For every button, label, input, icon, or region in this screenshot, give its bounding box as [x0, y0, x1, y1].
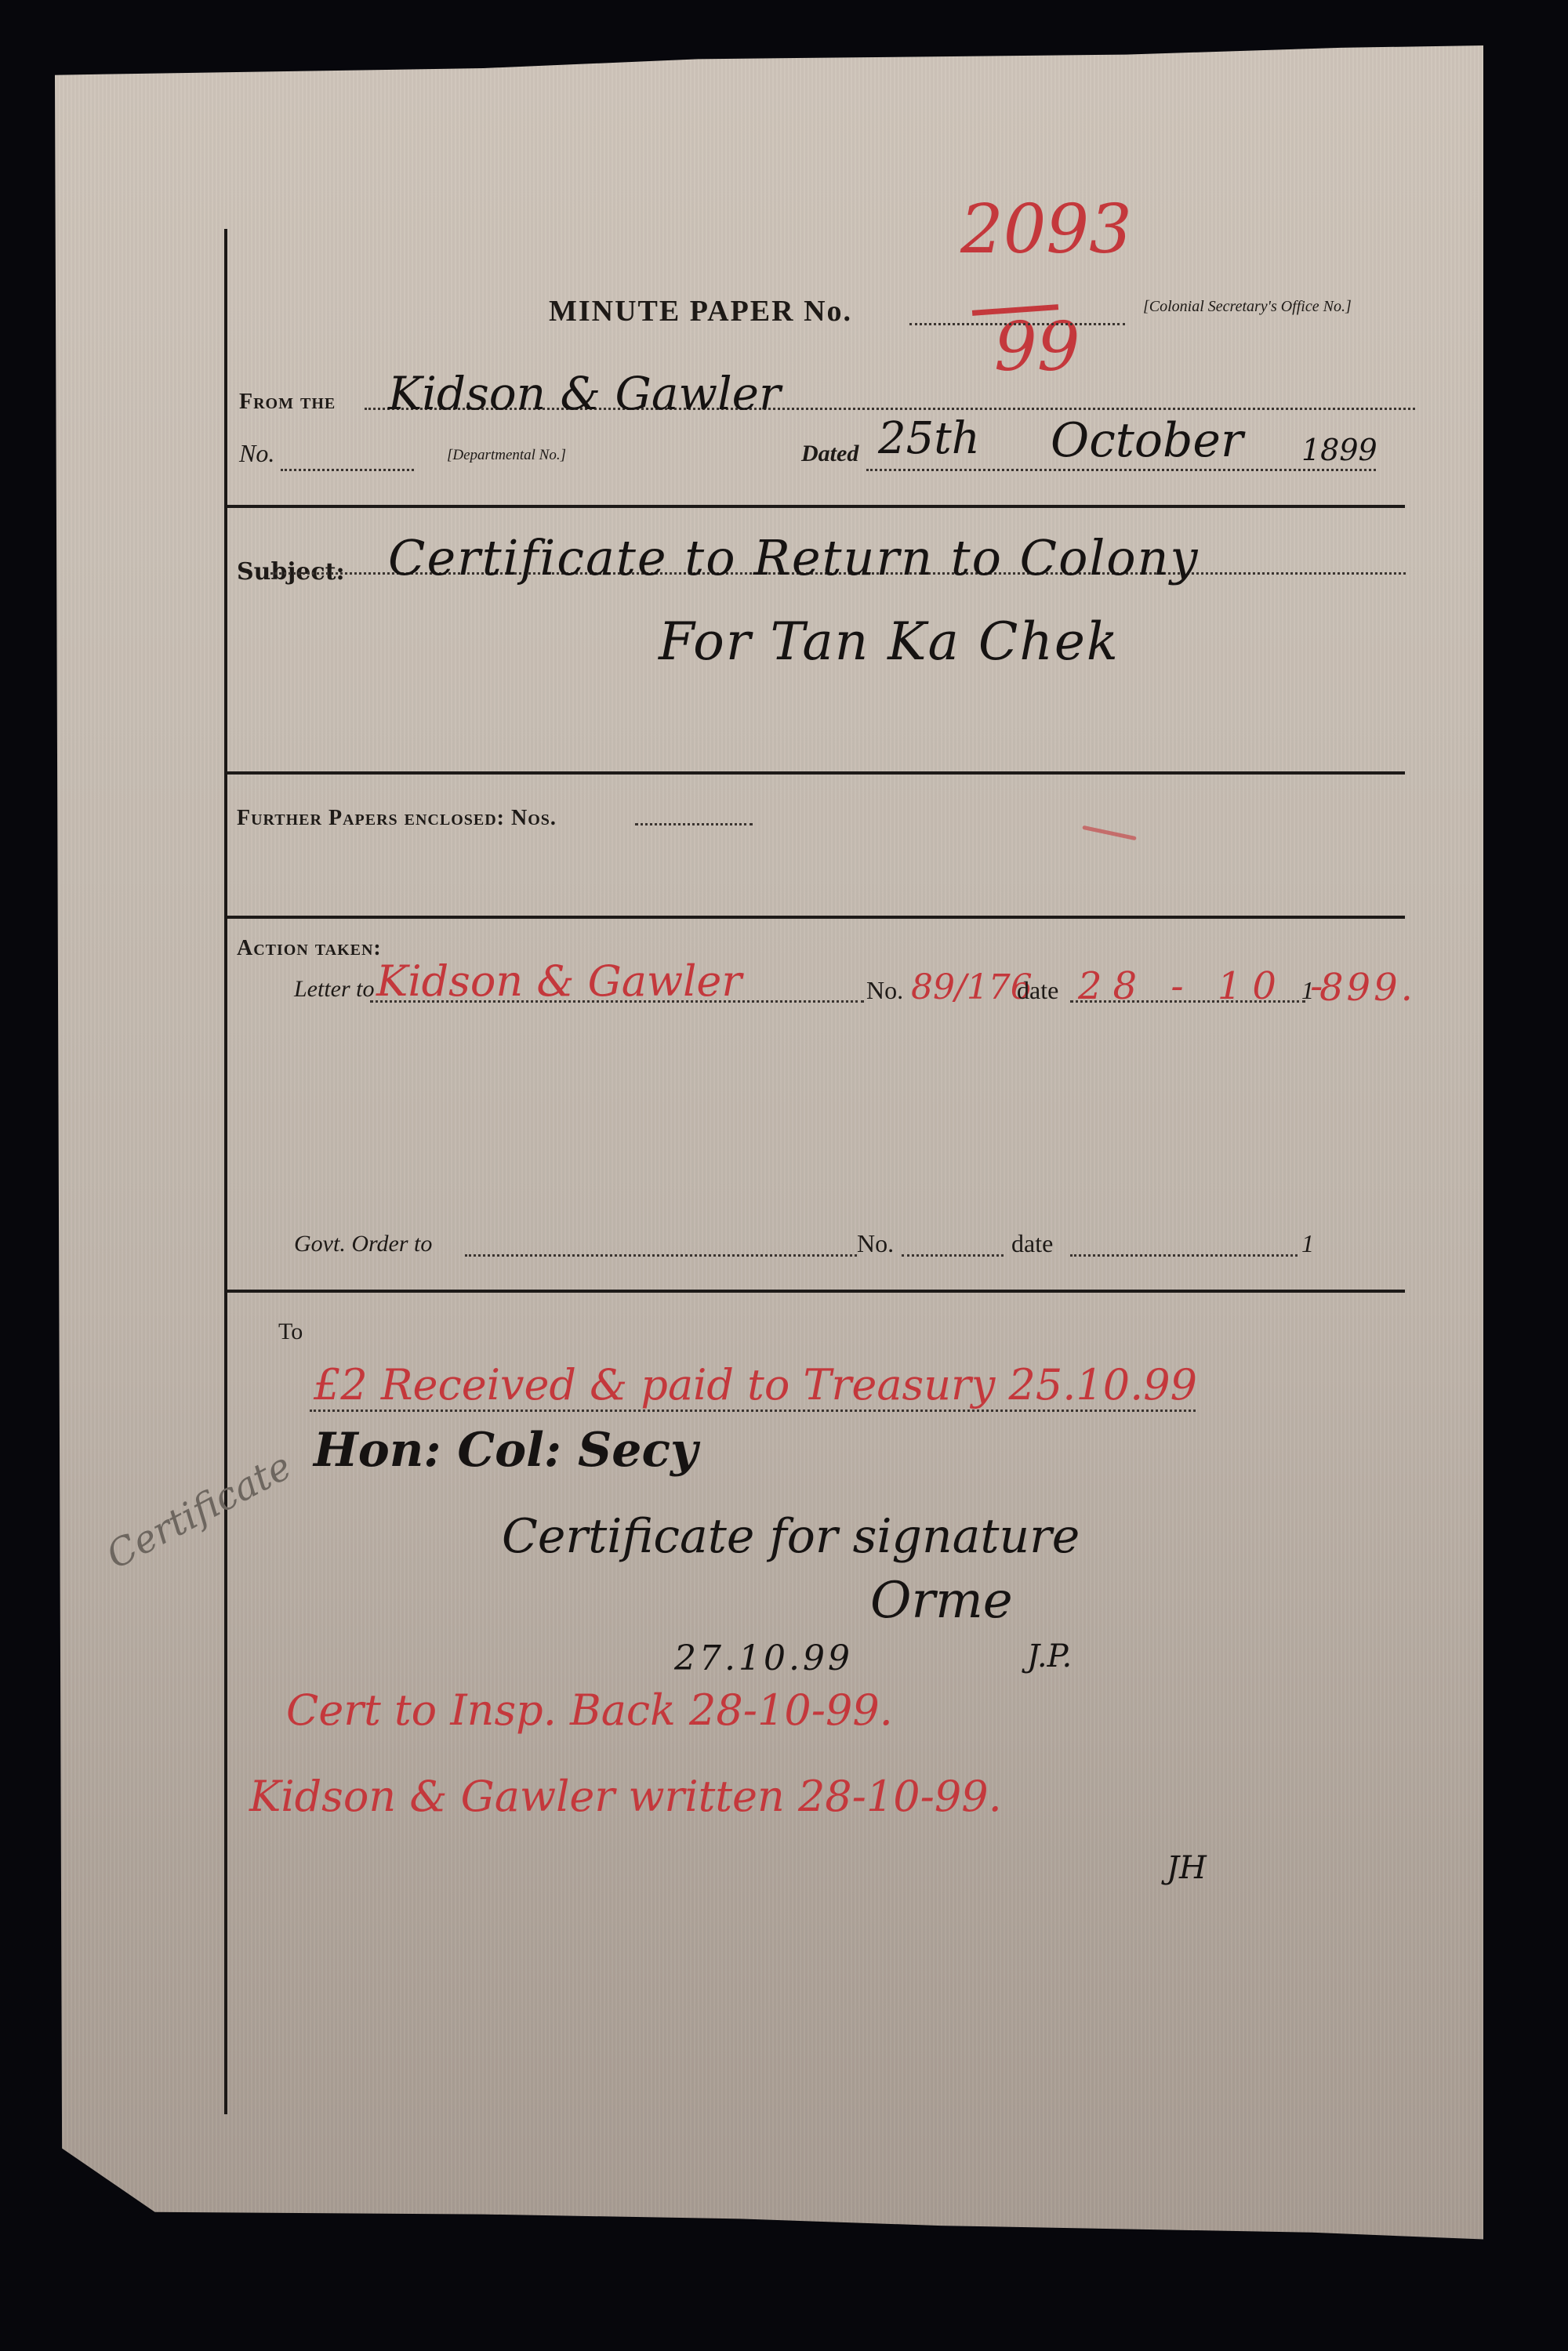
date-month: October [1051, 413, 1243, 468]
minute-text: Certificate for signature [502, 1509, 1080, 1564]
no-dots [281, 469, 414, 471]
govt-date-dots [1070, 1254, 1298, 1257]
letter-to-label: Letter to [294, 976, 375, 1003]
minute-date: 27.10.99 [674, 1638, 853, 1678]
govt-order-dots [465, 1254, 857, 1257]
date-day: 25th [878, 413, 980, 464]
left-margin-rule [224, 229, 227, 2114]
subject-line-2: For Tan Ka Chek [659, 611, 1120, 672]
govt-no-label: No. [857, 1229, 894, 1258]
further-papers-label: Further Papers enclosed: Nos. [237, 806, 557, 831]
departmental-note: [Departmental No.] [447, 447, 566, 464]
letter-year-prefix: 1 [1301, 976, 1314, 1005]
signature: Orme [870, 1572, 1013, 1630]
subject-line-1: Certificate to Return to Colony [388, 529, 1200, 586]
to-label: To [278, 1319, 303, 1345]
dated-label: Dated [801, 441, 858, 467]
form-title: MINUTE PAPER No. [549, 294, 852, 328]
minute-number-dots [909, 323, 1125, 325]
fee-note: £2 Received & paid to Treasury 25.10.99 [314, 1360, 1197, 1410]
written-note: Kidson & Gawler written 28-10-99. [249, 1772, 1002, 1821]
no-label: No. [239, 439, 274, 468]
minute-number-top: 2093 [960, 196, 1132, 263]
cert-note: Cert to Insp. Back 28-10-99. [286, 1685, 893, 1735]
letter-no-value: 89/176 [911, 967, 1033, 1007]
govt-no-dots [902, 1254, 1004, 1257]
govt-year-prefix: 1 [1301, 1229, 1314, 1258]
govt-order-label: Govt. Order to [294, 1231, 432, 1257]
letter-date-value: 28 - 10 - [1078, 964, 1334, 1008]
addressee: Hon: Col: Secy [314, 1423, 698, 1478]
office-number-note: [Colonial Secretary's Office No.] [1143, 298, 1352, 316]
letter-year-suffix: 899. [1319, 966, 1416, 1010]
date-year: 1899 [1301, 433, 1377, 467]
further-papers-dots [635, 823, 753, 825]
letter-no-label: No. [866, 976, 903, 1005]
action-taken-label: Action taken: [237, 936, 382, 961]
rule-1 [227, 505, 1405, 508]
letter-to-value: Kidson & Gawler [376, 956, 742, 1006]
from-value: Kidson & Gawler [388, 367, 781, 420]
rule-2 [227, 771, 1405, 775]
from-label: From the [239, 390, 336, 415]
letter-date-label: date [1017, 976, 1058, 1005]
clerk-initials: JH [1167, 1850, 1207, 1886]
to-dots [310, 1410, 1196, 1412]
govt-date-label: date [1011, 1229, 1053, 1258]
dated-dots [866, 469, 1376, 471]
signature-initials: J.P. [1027, 1638, 1072, 1674]
rule-4 [227, 1290, 1405, 1293]
rule-3 [227, 916, 1405, 919]
